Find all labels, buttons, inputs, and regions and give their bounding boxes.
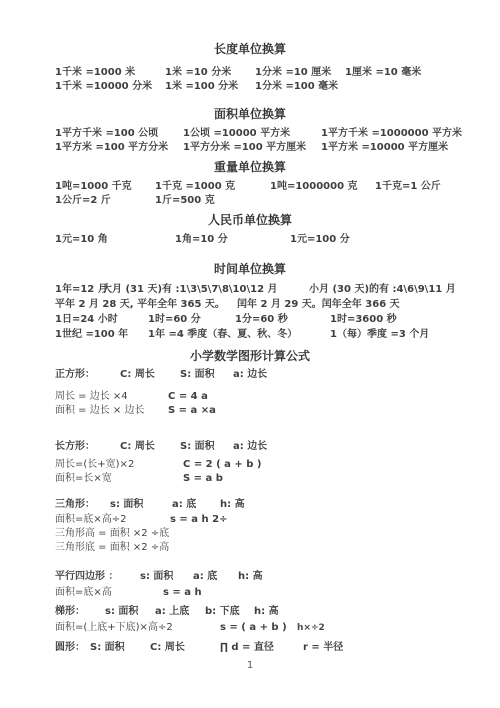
conversion: 1时=60 分: [148, 312, 235, 327]
formula-cn: 三角形高 = 面积 ×2 ÷底: [55, 527, 480, 541]
formula-en: S = a ×a: [168, 404, 480, 418]
formula-line: 周长=(长+宽)×2 C = 2 ( a + b ): [55, 458, 480, 472]
section-shape-formulas: 小学数学图形计算公式 正方形： C: 周长 S: 面积 a: 边长 周长 = 边…: [0, 349, 500, 655]
length-rows: 1千米 =1000 米 1米 =10 分米 1分米 =10 厘米 1厘米 =10…: [0, 66, 500, 94]
conversion: 1角=10 分: [175, 233, 290, 247]
shape-name: 三角形：: [55, 498, 110, 512]
legend-item: C: 周长: [120, 368, 180, 382]
document-page: 长度单位换算 1千米 =1000 米 1米 =10 分米 1分米 =10 厘米 …: [0, 0, 500, 708]
shape-header: 正方形： C: 周长 S: 面积 a: 边长: [55, 368, 480, 382]
formula-line: 面积 = 边长 × 边长 S = a ×a: [55, 404, 480, 418]
legend-item: C: 周长: [150, 641, 220, 655]
legend-item: s: 面积: [110, 498, 172, 512]
conversion: 1千克 =1000 克: [155, 180, 270, 194]
area-rows: 1平方千米 =100 公顷 1公顷 =10000 平方米 1平方千米 =1000…: [0, 127, 500, 155]
formula-cn: 面积=底×高: [55, 586, 163, 600]
legend-item: b: 下底: [205, 605, 254, 619]
conversion-row: 1平方千米 =100 公顷 1公顷 =10000 平方米 1平方千米 =1000…: [55, 127, 480, 141]
formula-en: s = a h: [163, 586, 480, 600]
conversion: 闰年 2 月 29 天。闰年全年 366 天: [237, 297, 480, 312]
square-block: 正方形： C: 周长 S: 面积 a: 边长: [0, 368, 500, 382]
formula-en: S = a b: [183, 472, 480, 486]
legend-item: h: 高: [220, 498, 480, 512]
conversion: 1元=100 分: [290, 233, 480, 247]
conversion-row: 1千米 =1000 米 1米 =10 分米 1分米 =10 厘米 1厘米 =10…: [55, 66, 480, 80]
formula-en: C = 2 ( a + b ): [183, 458, 480, 472]
section-title-area: 面积单位换算: [0, 107, 500, 121]
conversion: 1平方千米 =100 公顷: [55, 127, 183, 141]
formula-cn: 面积=长×宽: [55, 472, 183, 486]
conversion: 1千米 =10000 分米: [55, 80, 165, 94]
conversion: 小月 (30 天)的有 :4\6\9\11 月: [309, 282, 480, 297]
formula-line: 三角形高 = 面积 ×2 ÷底: [55, 527, 480, 541]
conversion: 1斤=500 克: [155, 194, 270, 208]
formula-line: 面积=(上底+下底)×高÷2 s = ( a + b ) h×÷2: [55, 621, 480, 635]
conversion-row: 1世纪 =100 年 1年 =4 季度（春、夏、秋、冬） 1（每）季度 =3 个…: [55, 327, 480, 342]
shape-name: 长方形：: [55, 440, 120, 454]
legend-item: a: 边长: [233, 368, 480, 382]
shape-name: 梯形：: [55, 605, 105, 619]
square-formulas: 周长 = 边长 ×4 C = 4 a 面积 = 边长 × 边长 S = a ×a: [0, 390, 500, 418]
legend-item: ∏ d = 直径: [220, 641, 303, 655]
conversion: 1平方米 =100 平方分米: [55, 141, 183, 155]
shape-header: 三角形： s: 面积 a: 底 h: 高: [55, 498, 480, 512]
conversion: 1厘米 =10 毫米: [345, 66, 480, 80]
shape-name: 正方形：: [55, 368, 120, 382]
shape-name: 圆形：: [55, 641, 90, 655]
formula-en: C = 4 a: [168, 390, 480, 404]
legend-item: S: 面积: [90, 641, 150, 655]
legend-item: C: 周长: [120, 440, 180, 454]
legend-item: a: 上底: [155, 605, 205, 619]
conversion-row: 1吨=1000 千克 1千克 =1000 克 1吨=1000000 克 1千克=…: [55, 180, 480, 194]
section-title-time: 时间单位换算: [0, 262, 500, 276]
formula-cn: 面积 = 边长 × 边长: [55, 404, 168, 418]
conversion: 1元=10 角: [55, 233, 175, 247]
formula-cn: 周长 = 边长 ×4: [55, 390, 168, 404]
conversion: 1分米 =10 厘米: [255, 66, 345, 80]
formula-line: 周长 = 边长 ×4 C = 4 a: [55, 390, 480, 404]
rectangle-formulas: 周长=(长+宽)×2 C = 2 ( a + b ) 面积=长×宽 S = a …: [0, 458, 500, 486]
formula-line: 三角形底 = 面积 ×2 ÷高: [55, 541, 480, 555]
conversion: 1（每）季度 =3 个月: [330, 327, 480, 342]
conversion-row: 1平方米 =100 平方分米 1平方分米 =100 平方厘米 1平方米 =100…: [55, 141, 480, 155]
conversion: 1公顷 =10000 平方米: [183, 127, 321, 141]
time-rows: 1年=12 月 大月 (31 天)有 :1\3\5\7\8\10\12 月 小月…: [0, 282, 500, 342]
conversion: 1吨=1000 千克: [55, 180, 155, 194]
currency-rows: 1元=10 角 1角=10 分 1元=100 分: [0, 233, 500, 247]
conversion: 1吨=1000000 克: [270, 180, 375, 194]
legend-item: a: 底: [172, 498, 220, 512]
conversion: 1平方分米 =100 平方厘米: [183, 141, 321, 155]
section-title-weight: 重量单位换算: [0, 160, 500, 174]
formula-line: 面积=长×宽 S = a b: [55, 472, 480, 486]
conversion: 1年 =4 季度（春、夏、秋、冬）: [148, 327, 330, 342]
conversion: 1平方米 =10000 平方厘米: [321, 141, 480, 155]
formula-en: s = a h 2÷: [170, 513, 480, 527]
formula-en: s = ( a + b ): [220, 621, 297, 635]
conversion: 1平方千米 =1000000 平方米: [321, 127, 480, 141]
formula-line: 面积=底×高÷2 s = a h 2÷: [55, 513, 480, 527]
shape-header: 圆形： S: 面积 C: 周长 ∏ d = 直径 r = 半径: [55, 641, 480, 655]
legend-item: h: 高: [238, 570, 480, 584]
section-area-units: 面积单位换算 1平方千米 =100 公顷 1公顷 =10000 平方米 1平方千…: [0, 107, 500, 155]
conversion-row: 1年=12 月 大月 (31 天)有 :1\3\5\7\8\10\12 月 小月…: [55, 282, 480, 297]
conversion: 1年=12 月: [55, 282, 102, 297]
trapezoid-formulas: 面积=(上底+下底)×高÷2 s = ( a + b ) h×÷2: [0, 621, 500, 635]
section-time-units: 时间单位换算 1年=12 月 大月 (31 天)有 :1\3\5\7\8\10\…: [0, 262, 500, 342]
conversion: 1日=24 小时: [55, 312, 148, 327]
shape-header: 长方形： C: 周长 S: 面积 a: 边长: [55, 440, 480, 454]
section-length-units: 长度单位换算 1千米 =1000 米 1米 =10 分米 1分米 =10 厘米 …: [0, 42, 500, 94]
conversion: 1世纪 =100 年: [55, 327, 148, 342]
legend-item: a: 边长: [233, 440, 480, 454]
conversion: 1分=60 秒: [235, 312, 330, 327]
section-title-length: 长度单位换算: [0, 42, 500, 56]
conversion: 大月 (31 天)有 :1\3\5\7\8\10\12 月: [102, 282, 309, 297]
conversion: 1米 =100 分米: [165, 80, 255, 94]
conversion-row: 1元=10 角 1角=10 分 1元=100 分: [55, 233, 480, 247]
conversion: 平年 2 月 28 天, 平年全年 365 天。: [55, 297, 237, 312]
section-title-shapes: 小学数学图形计算公式: [0, 349, 500, 363]
circle-block: 圆形： S: 面积 C: 周长 ∏ d = 直径 r = 半径: [0, 641, 500, 655]
parallelogram-block: 平行四边形 ： s: 面积 a: 底 h: 高: [0, 570, 500, 584]
legend-item: a: 底: [193, 570, 238, 584]
rectangle-block: 长方形： C: 周长 S: 面积 a: 边长: [0, 440, 500, 454]
section-currency-units: 人民币单位换算 1元=10 角 1角=10 分 1元=100 分: [0, 213, 500, 247]
formula-cn: 面积=(上底+下底)×高÷2: [55, 621, 220, 635]
legend-item: h: 高: [254, 605, 480, 619]
conversion-row: 1千米 =10000 分米 1米 =100 分米 1分米 =100 毫米: [55, 80, 480, 94]
shape-header: 梯形： s: 面积 a: 上底 b: 下底 h: 高: [55, 605, 480, 619]
weight-rows: 1吨=1000 千克 1千克 =1000 克 1吨=1000000 克 1千克=…: [0, 180, 500, 208]
triangle-formulas: 面积=底×高÷2 s = a h 2÷ 三角形高 = 面积 ×2 ÷底 三角形底…: [0, 513, 500, 555]
legend-item: r = 半径: [303, 641, 480, 655]
formula-cn: 面积=底×高÷2: [55, 513, 170, 527]
legend-item: s: 面积: [140, 570, 193, 584]
shape-header: 平行四边形 ： s: 面积 a: 底 h: 高: [55, 570, 480, 584]
conversion: 1千米 =1000 米: [55, 66, 165, 80]
conversion-row: 1公斤=2 斤 1斤=500 克: [55, 194, 480, 208]
conversion: 1千克=1 公斤: [375, 180, 480, 194]
legend-item: S: 面积: [180, 368, 233, 382]
conversion: 1公斤=2 斤: [55, 194, 155, 208]
conversion: 1分米 =100 毫米: [255, 80, 345, 94]
legend-item: s: 面积: [105, 605, 155, 619]
trapezoid-block: 梯形： s: 面积 a: 上底 b: 下底 h: 高: [0, 605, 500, 619]
section-weight-units: 重量单位换算 1吨=1000 千克 1千克 =1000 克 1吨=1000000…: [0, 160, 500, 208]
triangle-block: 三角形： s: 面积 a: 底 h: 高: [0, 498, 500, 512]
conversion-row: 平年 2 月 28 天, 平年全年 365 天。 闰年 2 月 29 天。闰年全…: [55, 297, 480, 312]
legend-item: S: 面积: [180, 440, 233, 454]
formula-cn: 周长=(长+宽)×2: [55, 458, 183, 472]
shape-name: 平行四边形 ：: [55, 570, 140, 584]
page-number: 1: [0, 660, 500, 672]
parallelogram-formulas: 面积=底×高 s = a h: [0, 586, 500, 600]
conversion-row: 1日=24 小时 1时=60 分 1分=60 秒 1时=3600 秒: [55, 312, 480, 327]
conversion: 1米 =10 分米: [165, 66, 255, 80]
formula-line: 面积=底×高 s = a h: [55, 586, 480, 600]
formula-cn: 三角形底 = 面积 ×2 ÷高: [55, 541, 480, 555]
section-title-currency: 人民币单位换算: [0, 213, 500, 227]
conversion: 1时=3600 秒: [330, 312, 480, 327]
formula-extra: h×÷2: [297, 621, 480, 635]
